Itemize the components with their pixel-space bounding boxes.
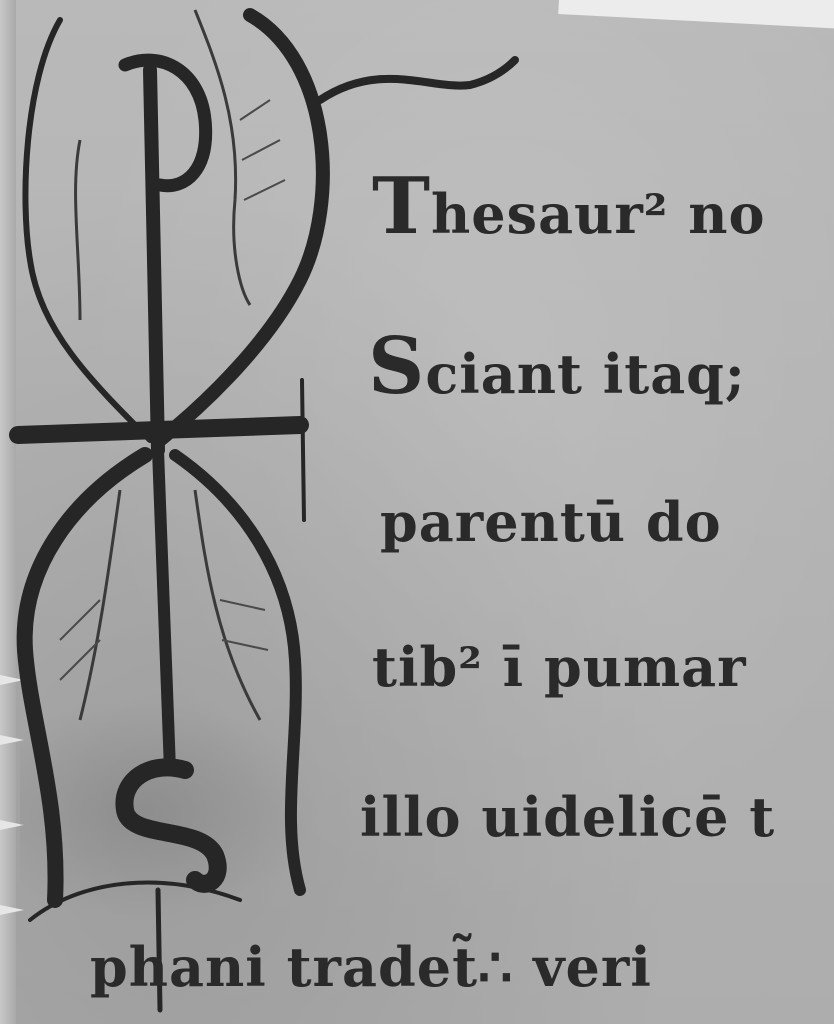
manuscript-line-6: phani tradet̃∴ veri <box>90 940 652 994</box>
manuscript-line-4: tib² ī pumar <box>372 640 747 694</box>
manuscript-line-3: parentū do <box>380 495 722 549</box>
manuscript-line-1: Thesaur² no <box>372 168 766 246</box>
manuscript-photo: Thesaur² no Sciant itaq; parentū do tib… <box>0 0 834 1024</box>
manuscript-line-2: Sciant itaq; <box>368 328 746 406</box>
manuscript-line-5: illo uidelicē t <box>360 790 775 844</box>
